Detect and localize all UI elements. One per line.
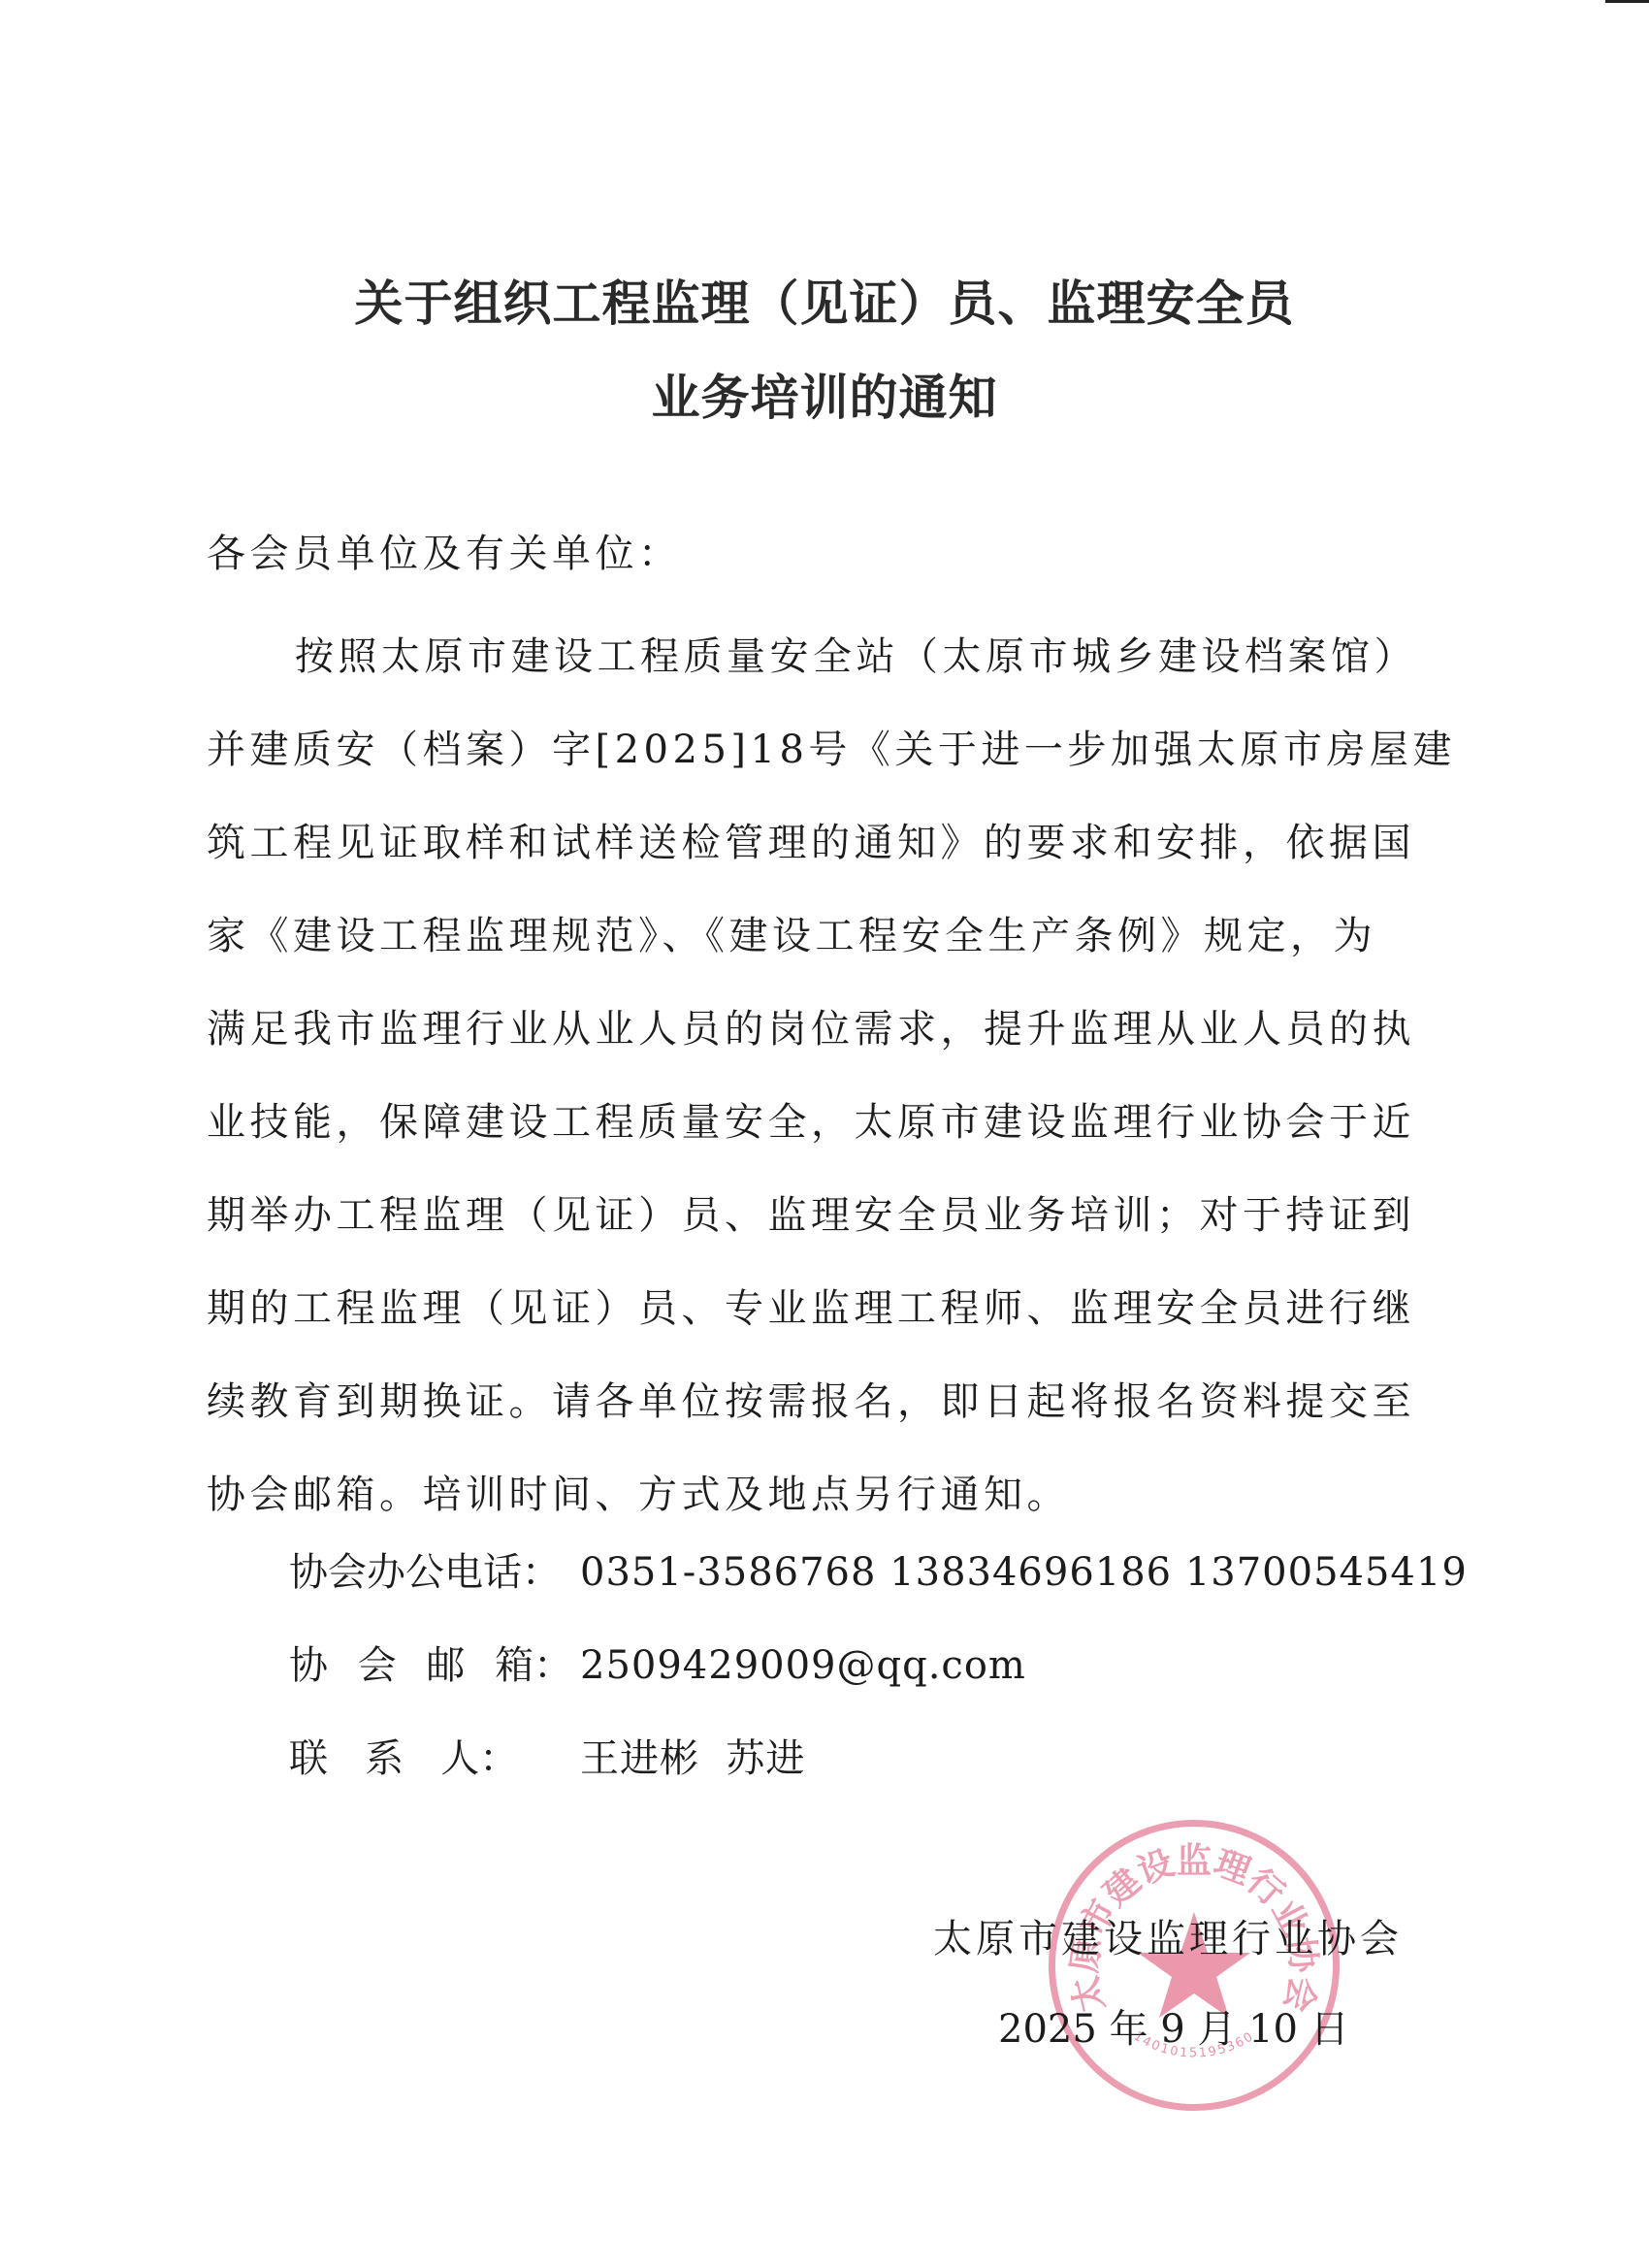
seal-star-icon: 太原市建设监理行业协会 1401015195360 xyxy=(1049,1820,1340,2111)
body-line: 期的工程监理（见证）员、专业监理工程师、监理安全员进行继 xyxy=(207,1285,1415,1332)
scan-edge-mark xyxy=(1605,0,1649,3)
body-line: 并建质安（档案）字[2025]18号《关于进一步加强太原市房屋建 xyxy=(207,727,1456,773)
official-seal: 太原市建设监理行业协会 1401015195360 xyxy=(1049,1820,1340,2111)
body-line: 续教育到期换证。请各单位按需报名，即日起将报名资料提交至 xyxy=(207,1378,1415,1425)
contact-email: 协 会 邮 箱：2509429009@qq.com xyxy=(289,1642,1026,1689)
contact-phone-label: 协会办公电话： xyxy=(289,1549,580,1596)
contact-phone: 协会办公电话：0351-3586768 13834696186 13700545… xyxy=(289,1549,1468,1596)
signature-organization: 太原市建设监理行业协会 xyxy=(933,1916,1403,1962)
contact-phone-value: 0351-3586768 13834696186 13700545419 xyxy=(580,1550,1468,1595)
body-line: 协会邮箱。培训时间、方式及地点另行通知。 xyxy=(207,1472,1070,1518)
contact-person-label: 联 系 人： xyxy=(289,1735,580,1782)
contact-person: 联 系 人：王进彬 苏进 xyxy=(289,1735,805,1782)
salutation: 各会员单位及有关单位： xyxy=(207,531,682,577)
signature-date: 2025 年 9 月 10 日 xyxy=(998,2006,1349,2053)
body-line: 按照太原市建设工程质量安全站（太原市城乡建设档案馆） xyxy=(295,633,1417,680)
body-line: 家《建设工程监理规范》、《建设工程安全生产条例》规定，为 xyxy=(207,913,1376,959)
body-line: 满足我市监理行业从业人员的岗位需求，提升监理从业人员的执 xyxy=(207,1006,1415,1053)
body-line: 筑工程见证取样和试样送检管理的通知》的要求和安排，依据国 xyxy=(207,820,1415,866)
body-line: 业技能，保障建设工程质量安全，太原市建设监理行业协会于近 xyxy=(207,1099,1415,1146)
contact-email-label: 协 会 邮 箱： xyxy=(289,1642,580,1689)
contact-person-value: 王进彬 苏进 xyxy=(580,1736,805,1781)
body-line: 期举办工程监理（见证）员、监理安全员业务培训；对于持证到 xyxy=(207,1192,1415,1239)
document-title-line1: 关于组织工程监理（见证）员、监理安全员 xyxy=(0,275,1649,333)
contact-email-value: 2509429009@qq.com xyxy=(580,1643,1026,1688)
document-title-line2: 业务培训的通知 xyxy=(0,369,1649,427)
